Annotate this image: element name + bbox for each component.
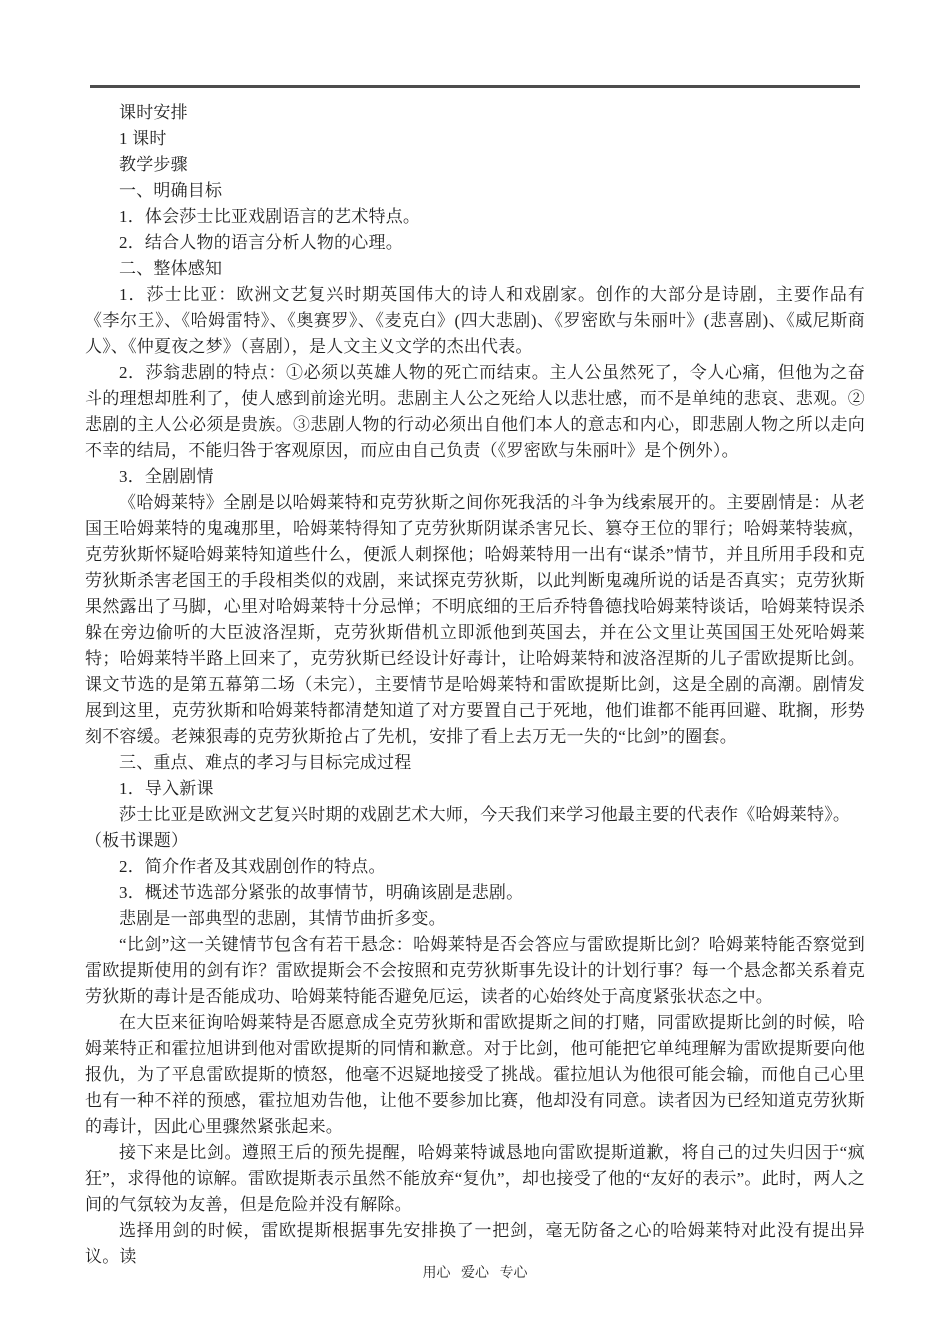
paragraph: 1．体会莎士比亚戏剧语言的艺术特点。 <box>85 204 865 230</box>
paragraph: 接下来是比剑。遵照王后的预先提醒，哈姆莱特诚恳地向雷欧提斯道歉，将自己的过失归因… <box>85 1140 865 1218</box>
paragraph: 《哈姆莱特》全剧是以哈姆莱特和克劳狄斯之间你死我活的斗争为线索展开的。主要剧情是… <box>85 490 865 750</box>
paragraph: 三、重点、难点的孝习与目标完成过程 <box>85 750 865 776</box>
paragraph: 课时安排 <box>85 100 865 126</box>
paragraph: 2．简介作者及其戏剧创作的特点。 <box>85 854 865 880</box>
page-footer: 用心 爱心 专心 <box>0 1262 950 1282</box>
header-rule <box>90 85 860 88</box>
paragraph: 二、整体感知 <box>85 256 865 282</box>
paragraph: 1．莎士比亚：欧洲文艺复兴时期英国伟大的诗人和戏剧家。创作的大部分是诗剧，主要作… <box>85 282 865 360</box>
paragraph: 教学步骤 <box>85 152 865 178</box>
paragraph: 1．导入新课 <box>85 776 865 802</box>
paragraph: “比剑”这一关键情节包含有若干悬念：哈姆莱特是否会答应与雷欧提斯比剑？哈姆莱特能… <box>85 932 865 1010</box>
paragraph: 1 课时 <box>85 126 865 152</box>
paragraph: 2．莎翁悲剧的特点：①必须以英雄人物的死亡而结束。主人公虽然死了，令人心痛，但他… <box>85 360 865 464</box>
paragraph: 在大臣来征询哈姆莱特是否愿意成全克劳狄斯和雷欧提斯之间的打赌，同雷欧提斯比剑的时… <box>85 1010 865 1140</box>
document-body: 课时安排1 课时教学步骤一、明确目标1．体会莎士比亚戏剧语言的艺术特点。2．结合… <box>85 100 865 1270</box>
paragraph: 2．结合人物的语言分析人物的心理。 <box>85 230 865 256</box>
paragraph: 一、明确目标 <box>85 178 865 204</box>
paragraph: 3．全剧剧情 <box>85 464 865 490</box>
paragraph: （板书课题） <box>85 828 865 854</box>
paragraph: 悲剧是一部典型的悲剧，其情节曲折多变。 <box>85 906 865 932</box>
paragraph: 莎士比亚是欧洲文艺复兴时期的戏剧艺术大师，今天我们来学习他最主要的代表作《哈姆莱… <box>85 802 865 828</box>
document-page: 课时安排1 课时教学步骤一、明确目标1．体会莎士比亚戏剧语言的艺术特点。2．结合… <box>0 0 950 1344</box>
paragraph: 3．概述节选部分紧张的故事情节，明确该剧是悲剧。 <box>85 880 865 906</box>
